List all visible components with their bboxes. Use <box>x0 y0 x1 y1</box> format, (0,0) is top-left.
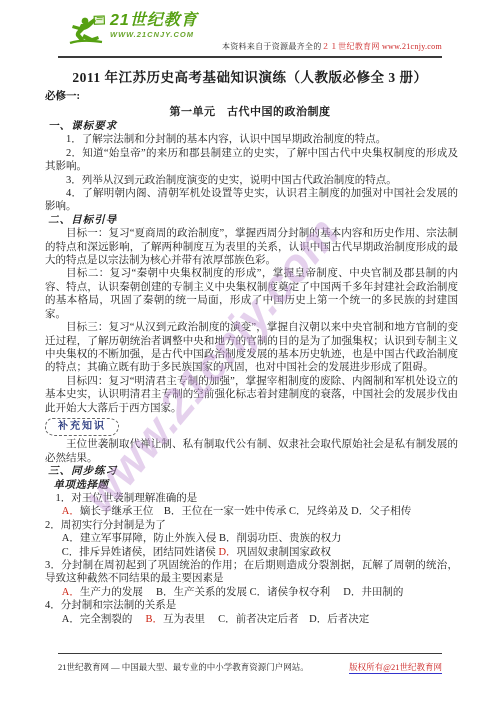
answer-letter: D． <box>218 547 236 558</box>
question-options: A．嫡长子继承王位 B．王位在一家一姓中传承 C．兄终弟及 D．父子相传 <box>45 505 458 518</box>
runner-logo-icon <box>68 12 108 53</box>
page-header: 21世纪教育 WWW.21CNJY.COM 本资料来自于资源最齐全的２１世纪教育… <box>58 10 442 58</box>
option-text: 生产力的发展 B．生产关系的发展 C．诸侯争权夺利 D．井田制的 <box>80 587 403 598</box>
question-options: A．生产力的发展 B．生产关系的发展 C．诸侯争权夺利 D．井田制的 <box>45 586 458 599</box>
question-2: 2．周初实行分封制是为了 A．建立军事屏障，防止外族入侵 B．削弱功臣、贵族的权… <box>45 519 458 559</box>
answer-letter: A． <box>62 587 80 598</box>
tagline-prefix: 本资料来自于资源最齐全的 <box>222 42 322 51</box>
option-text: 巩固奴隶制国家政权 <box>237 547 332 558</box>
answer-letter: B． <box>146 614 164 625</box>
curriculum-item: 4．了解明朝内阁、清朝军机处设置等史实，认识君主制度的加强对中国社会发展的影响。 <box>45 187 458 214</box>
curriculum-item: 2．知道“始皇帝”的来历和郡县制建立的史实，了解中国古代中央集权制度的形成及其影… <box>45 147 458 174</box>
question-stem: 4．分封制和宗法制的关系是 <box>45 599 458 612</box>
question-options: A．完全割裂的 B．互为表里 C．前者决定后者 D．后者决定 <box>45 613 458 626</box>
section-heading-practice: 三、同步练习 <box>45 465 458 478</box>
practice-subsection: 单项选择题 <box>45 479 458 492</box>
supplement-label: 补充知识 <box>45 418 119 436</box>
footer-copyright-link[interactable]: 版权所有@21世纪教育网 <box>349 661 442 674</box>
goal-paragraph: 目标二：复习“秦朝中央集权制度的形成”，掌握皇帝制度、中央官制及郡县制的内容、特… <box>45 267 458 321</box>
document-body: 一、课标要求 1．了解宗法制和分封制的基本内容，认识中国早期政治制度的特点。 2… <box>45 120 458 626</box>
question-options: A．建立军事屏障，防止外族入侵 B．削弱功臣、贵族的权力 <box>45 532 458 545</box>
question-1: 1．对王位世袭制理解准确的是 A．嫡长子继承王位 B．王位在一家一姓中传承 C．… <box>45 492 458 519</box>
document-page: www.21cnjy.com 21世纪教育 <box>0 0 500 707</box>
goal-paragraph: 目标三：复习“从汉到元政治制度的演变”，掌握自汉朝以来中央官制和地方官制的变迁过… <box>45 321 458 375</box>
page-footer: 21世纪教育网 — 中国最大型、最专业的中小学教育资源门户网站。 版权所有@21… <box>58 653 442 674</box>
brand-name: 21世纪教育 <box>110 12 198 30</box>
question-stem: 3．分封制在周初起到了巩固统治的作用；在后期则造成分裂割据，瓦解了周朝的统治，导… <box>45 559 458 586</box>
option-text: A．完全割裂的 <box>62 614 146 625</box>
curriculum-item: 1．了解宗法制和分封制的基本内容，认识中国早期政治制度的特点。 <box>45 133 458 146</box>
section-heading-curriculum: 一、课标要求 <box>45 120 458 133</box>
tagline-site-link[interactable]: ２１世纪教育网 www.21cnjy.com <box>322 42 442 51</box>
option-text: 嫡长子继承王位 B．王位在一家一姓中传承 C．兄终弟及 D．父子相传 <box>80 506 411 517</box>
unit-title: 第一单元 古代中国的政治制度 <box>0 103 500 119</box>
question-3: 3．分封制在周初起到了巩固统治的作用；在后期则造成分裂割据，瓦解了周朝的统治，导… <box>45 559 458 599</box>
logo-text-block: 21世纪教育 WWW.21CNJY.COM <box>110 12 198 39</box>
module-label: 必修一: <box>45 88 80 103</box>
option-text: 互为表里 C．前者决定后者 D．后者决定 <box>163 614 369 625</box>
site-logo: 21世纪教育 WWW.21CNJY.COM <box>68 12 198 53</box>
answer-letter: A． <box>62 506 80 517</box>
question-options: C．排斥异姓诸侯，团结同姓诸侯 D．巩固奴隶制国家政权 <box>45 546 458 559</box>
question-stem: 2．周初实行分封制是为了 <box>45 519 458 532</box>
question-stem: 1．对王位世袭制理解准确的是 <box>45 492 458 505</box>
brand-url: WWW.21CNJY.COM <box>110 30 198 39</box>
supplement-callout: 补充知识 <box>45 418 458 436</box>
supplement-text: 王位世袭制取代禅让制、私有制取代公有制、奴隶社会取代原始社会是私有制发展的必然结… <box>45 438 458 465</box>
goal-paragraph: 目标四：复习“明清君主专制的加强”，掌握宰相制度的废除、内阁制和军机处设立的基本… <box>45 375 458 415</box>
section-heading-goals: 二、目标引导 <box>45 214 458 227</box>
option-text: C．排斥异姓诸侯，团结同姓诸侯 <box>62 547 219 558</box>
curriculum-item: 3．列举从汉到元政治制度演变的史实，说明中国古代政治制度的特点。 <box>45 174 458 187</box>
footer-site-text: 21世纪教育网 — 中国最大型、最专业的中小学教育资源门户网站。 <box>58 661 309 673</box>
goal-paragraph: 目标一：复习“夏商周的政治制度”，掌握西周分封制的基本内容和历史作用、宗法制的特… <box>45 227 458 267</box>
question-4: 4．分封制和宗法制的关系是 A．完全割裂的 B．互为表里 C．前者决定后者 D．… <box>45 599 458 626</box>
document-title: 2011 年江苏历史高考基础知识演练（人教版必修全 3 册） <box>30 66 470 86</box>
header-tagline: 本资料来自于资源最齐全的２１世纪教育网 www.21cnjy.com <box>222 41 442 52</box>
